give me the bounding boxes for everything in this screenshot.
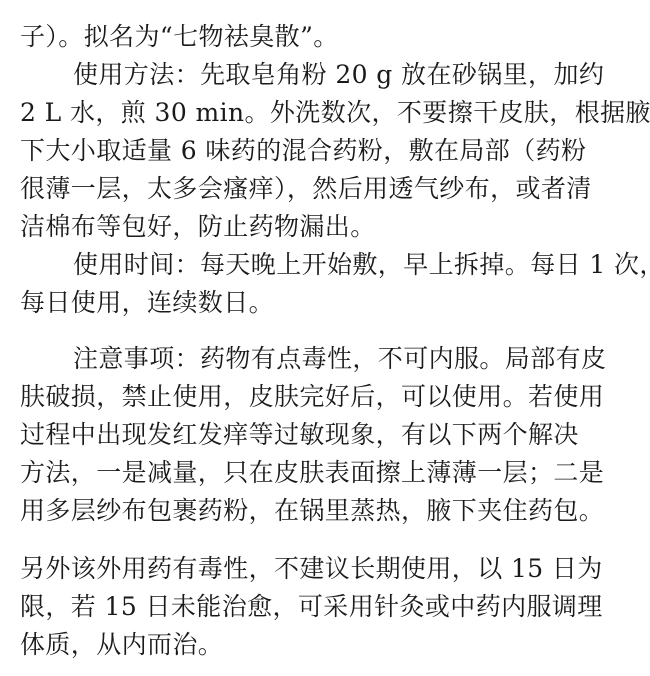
text-line-10: 肤破损，禁止使用，皮肤完好后，可以使用。若使用 bbox=[20, 378, 604, 415]
text-line-15: 限，若 15 日未能治愈，可采用针灸或中药内服调理 bbox=[20, 588, 603, 625]
text-line-5: 很薄一层，太多会瘙痒），然后用透气纱布，或者清 bbox=[20, 170, 592, 207]
text-line-7-usage-time: 使用时间：每天晚上开始敷，早上拆掉。每日 1 次， bbox=[73, 246, 650, 283]
text-line-8: 每日使用，连续数日。 bbox=[20, 284, 274, 321]
document-page: 子）。拟名为“七物祛臭散”。 使用方法：先取皂角粉 20 g 放在砂锅里，加约 … bbox=[0, 0, 650, 676]
text-line-12: 方法，一是减量，只在皮肤表面擦上薄薄一层；二是 bbox=[20, 454, 604, 491]
text-line-1: 子）。拟名为“七物祛臭散”。 bbox=[20, 18, 339, 55]
text-line-13: 用多层纱布包裹药粉，在锅里蒸热，腋下夹住药包。 bbox=[20, 492, 604, 529]
text-line-6: 洁棉布等包好，防止药物漏出。 bbox=[20, 208, 376, 245]
text-line-4: 下大小取适量 6 味药的混合药粉，敷在局部（药粉 bbox=[20, 132, 586, 169]
text-line-9-precautions: 注意事项：药物有点毒性，不可内服。局部有皮 bbox=[73, 340, 606, 377]
text-line-11: 过程中出现发红发痒等过敏现象，有以下两个解决 bbox=[20, 416, 579, 453]
text-line-16: 体质，从内而治。 bbox=[20, 626, 223, 663]
text-line-14: 另外该外用药有毒性，不建议长期使用，以 15 日为 bbox=[20, 550, 603, 587]
text-line-2-usage-method: 使用方法：先取皂角粉 20 g 放在砂锅里，加约 bbox=[73, 56, 604, 93]
text-line-3: 2 L 水，煎 30 min。外洗数次，不要擦干皮肤，根据腋 bbox=[20, 94, 650, 131]
